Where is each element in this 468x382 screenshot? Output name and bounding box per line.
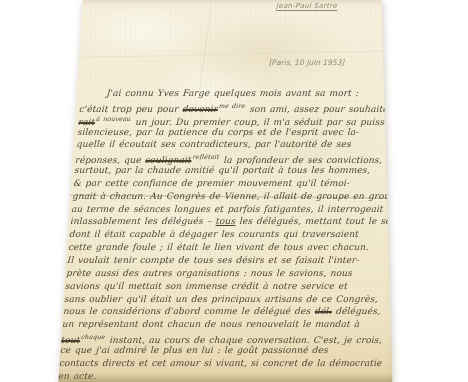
- manuscript-line: toutchaque instant, au cours de chaque c…: [61, 332, 354, 345]
- manuscript-line: au terme de séances longues et parfois f…: [71, 204, 364, 217]
- manuscript-line: ce que j'ai admiré le plus en lui : le g…: [60, 345, 353, 358]
- manuscript-segment: J'ai connu Yves Farge quelques mois avan…: [106, 89, 359, 99]
- manuscript-content: Jean-Paul Sartre [Paris, 10 Juin 1953] J…: [25, 0, 395, 382]
- letter-paper: Jean-Paul Sartre [Paris, 10 Juin 1953] J…: [55, 0, 395, 382]
- manuscript-segment: chaque: [81, 332, 106, 345]
- manuscript-segment: savions qu'il mettait son immense crédit…: [65, 282, 348, 292]
- pencil-owner-annotation: Jean-Paul Sartre: [276, 2, 338, 10]
- letter-paper-wrap: Jean-Paul Sartre [Paris, 10 Juin 1953] J…: [55, 0, 395, 382]
- manuscript-segment: nous le considérions d'abord comme le dé…: [63, 307, 315, 317]
- manuscript-segment: au terme de séances longues et parfois f…: [71, 205, 384, 215]
- manuscript-segment: en acte.: [58, 372, 97, 382]
- manuscript-text: J'ai connu Yves Farge quelques mois avan…: [58, 88, 373, 382]
- manuscript-line: gnait à chacun. Au Congrès de Vienne, il…: [72, 191, 365, 204]
- manuscript-line: raità nouveau un jour. Du premier coup, …: [78, 114, 371, 127]
- manuscript-segment: & par cette confiance de premier mouveme…: [73, 179, 350, 189]
- manuscript-line: sans oublier qu'il était un des principa…: [64, 294, 357, 307]
- manuscript-segment: gnait à chacun. Au Congrès de Vienne, il…: [72, 192, 405, 202]
- manuscript-line: c'était trop peu pour devenirme dire son…: [79, 101, 372, 114]
- manuscript-segment: cette grande foule ; il était le lien vi…: [68, 243, 369, 253]
- manuscript-segment: un représentant dont chacun de nous reno…: [62, 320, 360, 330]
- manuscript-line: un représentant dont chacun de nous reno…: [62, 319, 355, 332]
- manuscript-line: prète aussi des autres organisations : n…: [66, 268, 359, 281]
- manuscript-line: dont il était capable à dégager les cour…: [69, 229, 362, 242]
- manuscript-segment: tous: [215, 217, 236, 227]
- manuscript-line: savions qu'il mettait son immense crédit…: [65, 281, 358, 294]
- manuscript-line: silencieuse, par la patience du corps et…: [77, 127, 370, 140]
- manuscript-line: J'ai connu Yves Farge quelques mois avan…: [80, 88, 373, 101]
- manuscript-segment: prète aussi des autres organisations : n…: [66, 269, 353, 279]
- manuscript-line: quelle il écoutait ses contradicteurs, p…: [76, 139, 369, 152]
- manuscript-line: inlassablement les délégués – tous les d…: [70, 216, 363, 229]
- manuscript-line: contacts directs et cet amour si vivant,…: [59, 358, 352, 371]
- manuscript-segment: silencieuse, par la patience du corps et…: [77, 128, 359, 138]
- manuscript-line: réponses, que soulignaitreflétait la pro…: [75, 152, 368, 165]
- photo-backdrop: Jean-Paul Sartre [Paris, 10 Juin 1953] J…: [0, 0, 468, 382]
- manuscript-line: cette grande foule ; il était le lien vi…: [68, 242, 361, 255]
- manuscript-line: surtout, par la chaude amitié qu'il port…: [74, 165, 367, 178]
- manuscript-segment: contacts directs et cet amour si vivant,…: [59, 359, 383, 369]
- manuscript-segment: reflétait: [192, 152, 220, 165]
- manuscript-line: & par cette confiance de premier mouveme…: [73, 178, 366, 191]
- manuscript-segment: inlassablement les délégués –: [70, 217, 216, 227]
- manuscript-segment: me dire: [218, 101, 245, 114]
- manuscript-segment: surtout, par la chaude amitié qu'il port…: [74, 166, 370, 176]
- pencil-date-annotation: [Paris, 10 Juin 1953]: [269, 58, 346, 67]
- manuscript-segment: sans oublier qu'il était un des principa…: [64, 295, 378, 305]
- manuscript-segment: dont il était capable à dégager les cour…: [69, 230, 359, 240]
- manuscript-segment: les délégués, mettant tout le soin: [235, 217, 400, 227]
- manuscript-segment: dél.: [314, 307, 332, 317]
- manuscript-segment: délégués,: [332, 307, 381, 317]
- manuscript-segment: à nouveau: [96, 114, 132, 127]
- manuscript-segment: ce que j'ai admiré le plus en lui : le g…: [60, 346, 329, 356]
- manuscript-line: nous le considérions d'abord comme le dé…: [63, 306, 356, 319]
- manuscript-line: en acte.: [58, 371, 351, 382]
- manuscript-segment: Il voulait tenir compte de tous ses dési…: [67, 256, 360, 266]
- manuscript-line: Il voulait tenir compte de tous ses dési…: [67, 255, 360, 268]
- manuscript-segment: quelle il écoutait ses contradicteurs, p…: [76, 140, 352, 150]
